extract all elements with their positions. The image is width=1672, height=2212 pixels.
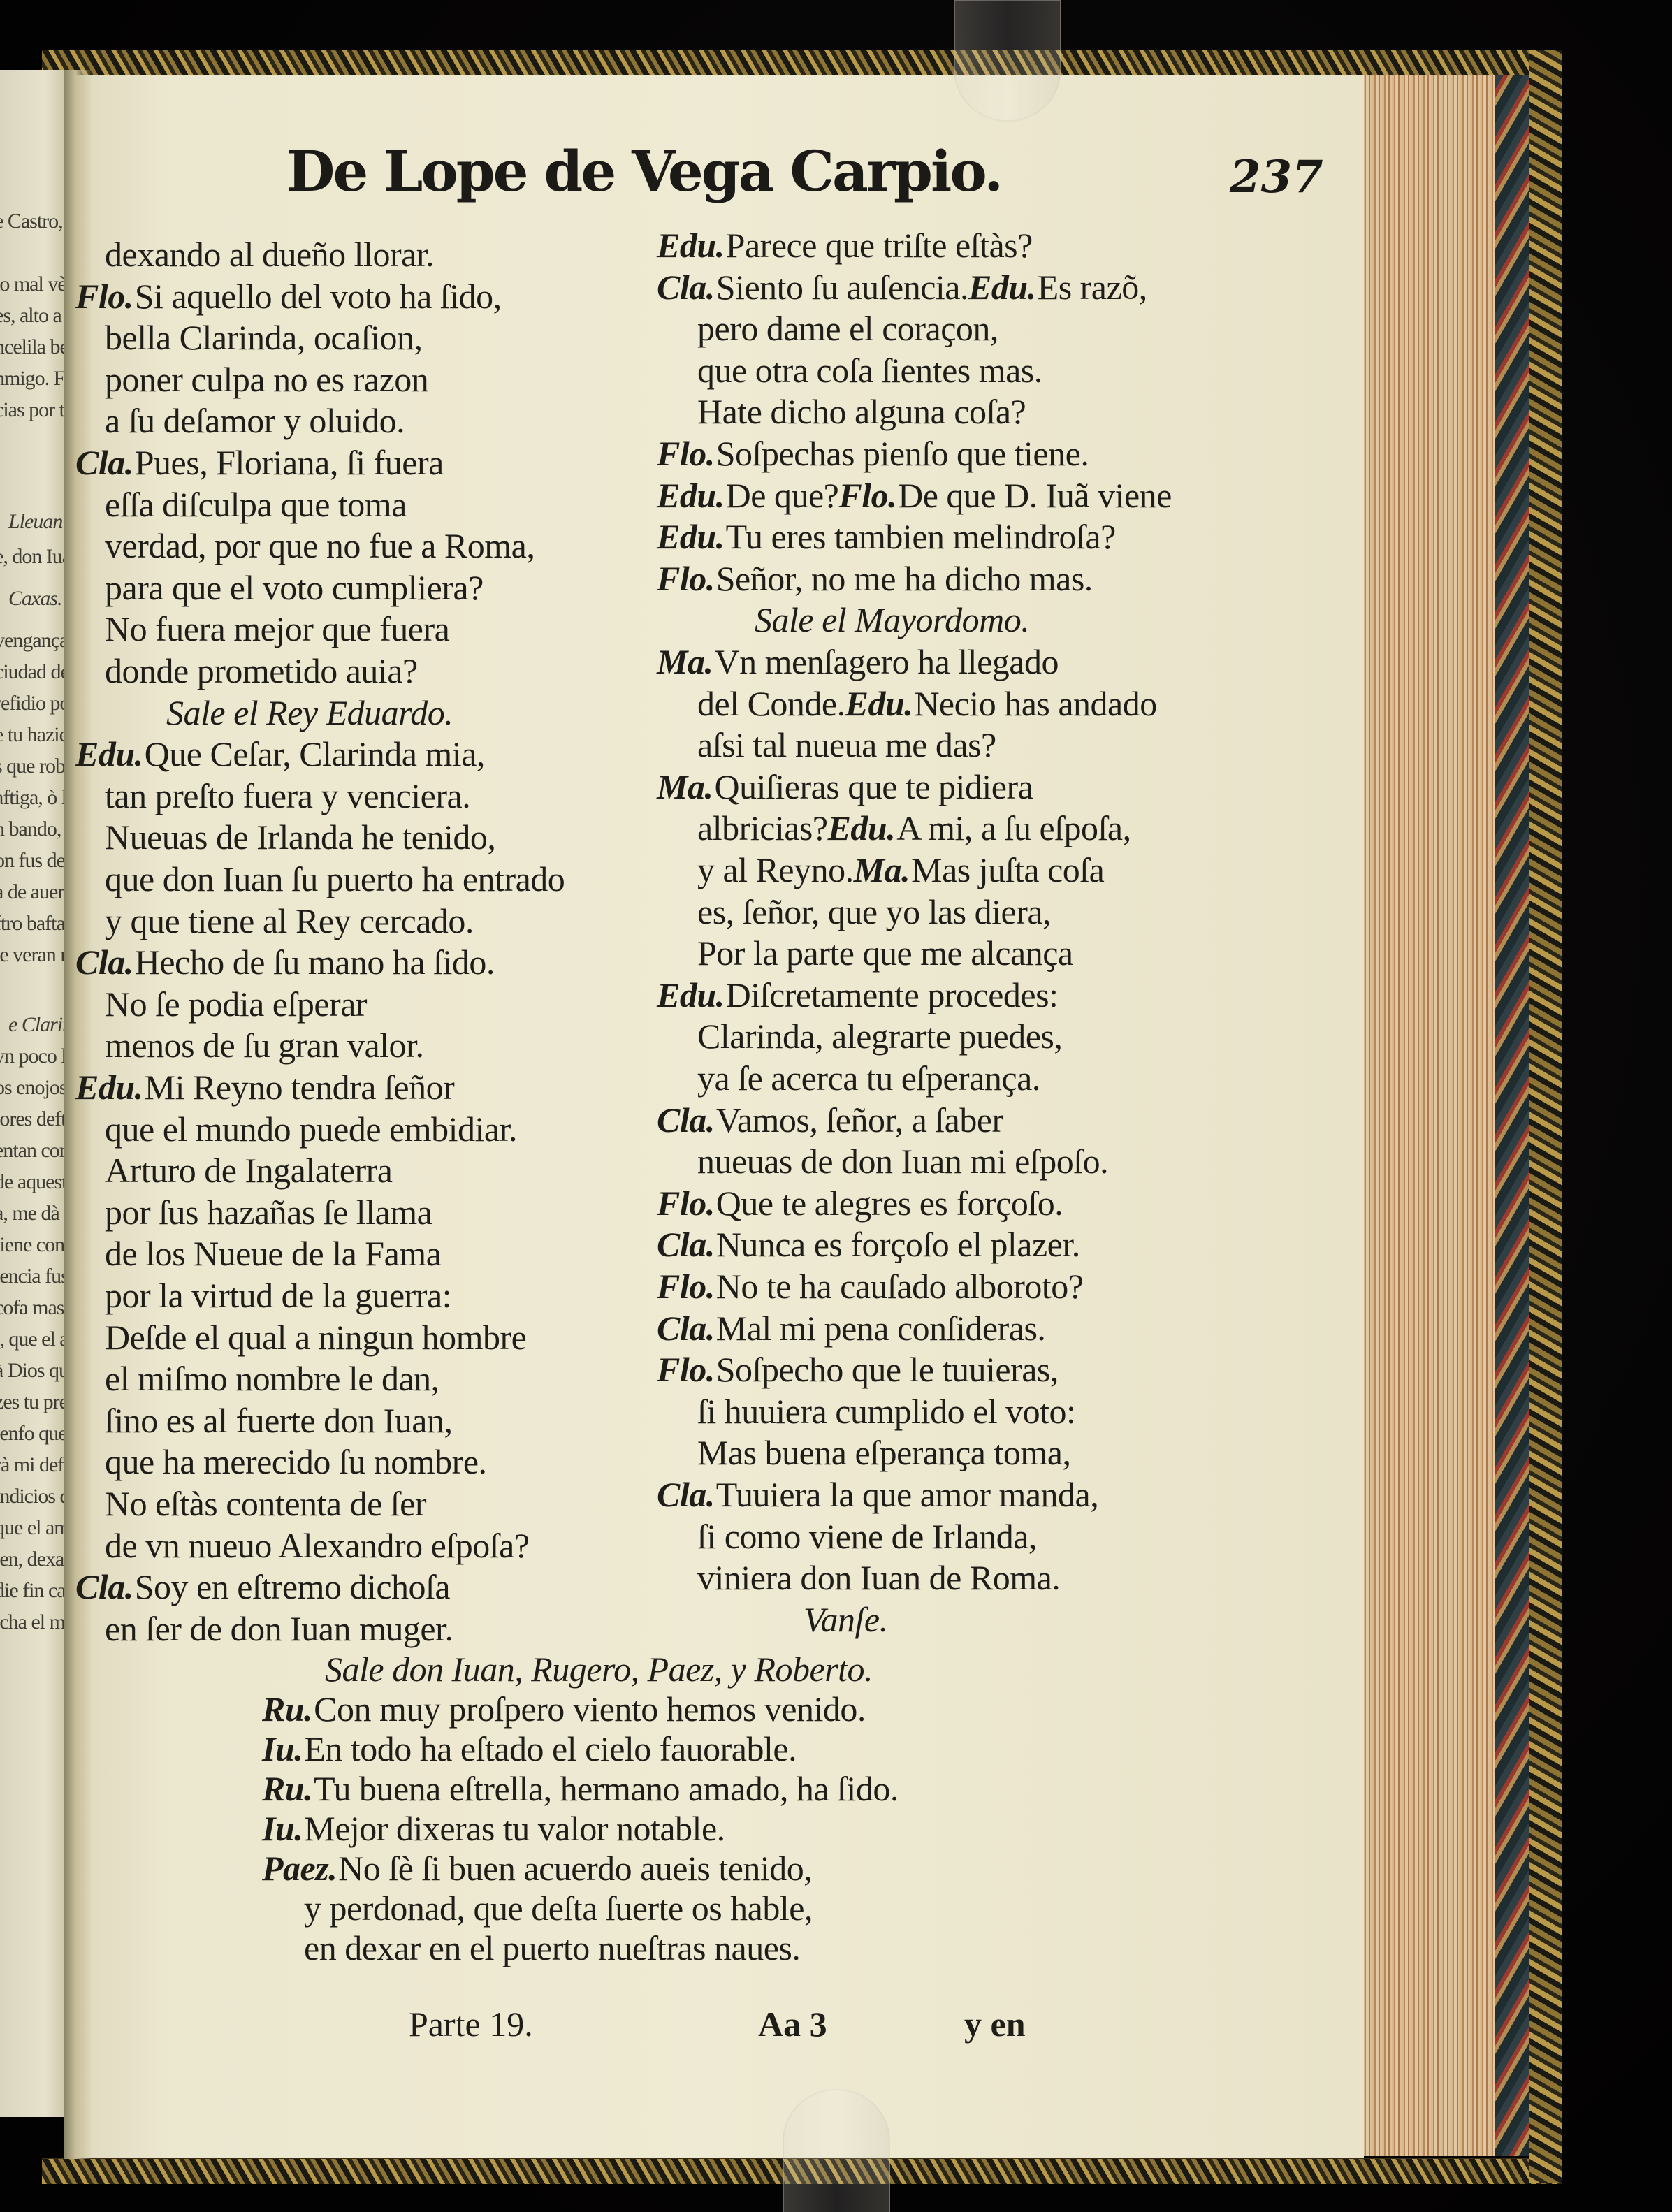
line-text: en ſer de don Iuan muger.	[105, 1609, 453, 1648]
line-text: poner culpa no es razon	[105, 360, 428, 399]
speaker-label: Paez.	[262, 1849, 337, 1888]
line-text: que don Iuan ſu puerto ha entrado	[105, 859, 565, 898]
line-text: ſino es al fuerte don Iuan,	[105, 1401, 452, 1440]
verse-line: donde prometido auia?	[105, 650, 418, 691]
speaker-label: Flo.	[75, 277, 133, 316]
verse-line: que ha merecido ſu nombre.	[105, 1441, 487, 1482]
line-text: por la virtud de la guerra:	[105, 1276, 451, 1315]
line-text: que otra coſa ſientes mas.	[697, 351, 1042, 390]
verse-line: verdad, por que no fue a Roma,	[105, 525, 535, 566]
verse-line: Arturo de Ingalaterra	[105, 1150, 393, 1191]
speaker-label: Flo.	[838, 476, 896, 515]
speaker-label: Flo.	[657, 1184, 715, 1223]
verse-line: Edu.Que Ceſar, Clarinda mia,	[75, 734, 485, 774]
verse-line: nueuas de don Iuan mi eſpoſo.	[697, 1141, 1108, 1181]
verse-line: Deſde el qual a ningun hombre	[105, 1317, 526, 1358]
verse-line: Cla.Tuuiera la que amor manda,	[657, 1474, 1098, 1515]
verse-line: tan preſto fuera y venciera.	[105, 776, 470, 816]
speaker-label: Edu.	[657, 476, 725, 515]
verse-line: Ma.Vn menſagero ha llegado	[657, 641, 1059, 682]
line-text: menos de ſu gran valor.	[105, 1026, 423, 1065]
line-text: es, ſeñor, que yo las diera,	[697, 892, 1051, 931]
verso-text-fragment: e Castro,	[0, 210, 63, 233]
verso-text-fragment: ncelila bella,	[0, 335, 67, 359]
stage-direction: Sale el Rey Eduardo.	[166, 692, 453, 733]
verso-text-fragment: que el amor me	[0, 1516, 67, 1540]
line-text: Nueuas de Irlanda he tenido,	[105, 817, 495, 857]
verse-line: Flo.Soſpechas pienſo que tiene.	[657, 433, 1089, 474]
verso-text-fragment: entan con fu be	[0, 1139, 67, 1163]
verse-line: del Conde.Edu.Necio has andado	[697, 683, 1157, 724]
line-text: Deſde el qual a ningun hombre	[105, 1318, 526, 1357]
line-text: Mi Reyno tendra ſeñor	[145, 1068, 455, 1107]
verso-text-fragment: refidio podra	[0, 692, 67, 715]
verse-line: Cla.Nunca es forҫoſo el plazer.	[657, 1224, 1080, 1265]
line-text: Clarinda, alegrarte puedes,	[697, 1017, 1062, 1056]
verse-line: bella Clarinda, ocaſion,	[105, 317, 423, 358]
line-text: verdad, por que no fue a Roma,	[105, 526, 535, 565]
line-text: Por la parte que me alcanҫa	[697, 933, 1073, 973]
gilt-binding-top	[42, 50, 1562, 77]
line-text: ya ſe acerca tu eſperanҫa.	[697, 1058, 1040, 1098]
line-text: albricias?	[697, 808, 828, 847]
verse-line: Mas buena eſperanҫa toma,	[697, 1432, 1070, 1473]
line-text: Tu buena eſtrella, hermano amado, ha ſid…	[314, 1769, 899, 1808]
verso-page-fragment: e Castro,to mal vèn mises, alto a embanc…	[0, 70, 67, 2117]
line-text: Que Ceſar, Clarinda mia,	[145, 734, 485, 773]
line-text: No ſè ſi buen acuerdo aueis tenido,	[338, 1849, 812, 1888]
verso-text-fragment: vn poco la tri	[0, 1045, 67, 1068]
line-text: Mas buena eſperanҫa toma,	[697, 1433, 1070, 1472]
verso-text-fragment: i, que el alegri	[0, 1327, 67, 1351]
line-text: A mi, a ſu eſpoſa,	[896, 808, 1131, 847]
speaker-label: Cla.	[657, 268, 715, 307]
verse-line: No eſtàs contenta de ſer	[105, 1483, 426, 1524]
verso-text-fragment: ienfo que aunq	[0, 1422, 67, 1446]
verse-line: Cla.Soy en eſtremo dichoſa	[75, 1566, 450, 1607]
verse-line: para que el voto cumpliera?	[105, 567, 484, 608]
stage-direction: Vanſe.	[804, 1599, 888, 1640]
verse-line: por ſus hazañas ſe llama	[105, 1192, 432, 1232]
verse-line: en ſer de don Iuan muger.	[105, 1608, 453, 1649]
line-text: aſsi tal nueua me das?	[697, 725, 996, 764]
speaker-label: Flo.	[657, 559, 715, 598]
verso-text-fragment: s que roben ma	[0, 755, 67, 778]
line-text: del Conde.	[697, 684, 845, 723]
line-text: Parece que triſte eſtàs?	[726, 226, 1033, 265]
line-text: No te ha cauſado alboroto?	[716, 1267, 1084, 1306]
line-text: Necio has andado	[914, 684, 1156, 723]
verse-line: albricias?Edu.A mi, a ſu eſpoſa,	[697, 808, 1131, 848]
verse-line: Iu.Mejor dixeras tu valor notable.	[262, 1808, 725, 1849]
verso-text-fragment: Caxas.	[8, 587, 62, 611]
line-text: y que tiene al Rey cercado.	[105, 901, 474, 940]
line-text: No fuera mejor que fuera	[105, 609, 449, 648]
line-text: Siento ſu auſencia.	[716, 268, 968, 307]
verso-text-fragment: die fin caufa llo	[0, 1579, 67, 1603]
verse-line: el miſmo nombre le dan,	[105, 1358, 439, 1399]
line-text: eſſa diſculpa que toma	[105, 485, 407, 524]
line-text: Soy en eſtremo dichoſa	[135, 1567, 450, 1606]
line-text: Soſpecho que le tuuieras,	[716, 1350, 1059, 1389]
line-text: que ha merecido ſu nombre.	[105, 1442, 487, 1481]
verse-line: Edu.Diſcretamente procedes:	[657, 975, 1058, 1015]
verso-text-fragment: aftiga, ò los pr	[0, 786, 67, 810]
line-text: Con muy proſpero viento hemos venido.	[314, 1689, 866, 1729]
line-text: Vanſe.	[804, 1600, 888, 1639]
line-text: por ſus hazañas ſe llama	[105, 1193, 432, 1232]
verse-line: ſi huuiera cumplido el voto:	[697, 1391, 1075, 1432]
catchword: y en	[964, 2004, 1026, 2044]
speaker-label: Edu.	[845, 684, 913, 723]
verse-line: aſsi tal nueua me das?	[697, 725, 996, 765]
line-text: Vn menſagero ha llegado	[714, 642, 1058, 681]
verse-line: eſſa diſculpa que toma	[105, 484, 407, 525]
verse-line: ſi como viene de Irlanda,	[697, 1516, 1037, 1557]
verse-line: a ſu deſamor y oluido.	[105, 400, 405, 441]
line-text: de los Nueue de la Fama	[105, 1234, 441, 1273]
line-text: ſi como viene de Irlanda,	[697, 1517, 1037, 1556]
verse-line: por la virtud de la guerra:	[105, 1275, 451, 1316]
line-text: Mal mi pena conſideras.	[716, 1309, 1046, 1348]
speaker-label: Ma.	[854, 850, 910, 889]
verse-line: Cla.Mal mi pena conſideras.	[657, 1308, 1045, 1348]
verso-text-fragment: nmigo. Fru. A	[0, 367, 67, 391]
verse-line: Flo.Señor, no me ha dicho mas.	[657, 558, 1093, 599]
line-text: Quiſieras que te pidiera	[714, 767, 1033, 806]
speaker-label: Edu.	[75, 734, 143, 773]
line-text: Que te alegres es forҫoſo.	[716, 1184, 1063, 1223]
speaker-label: Ma.	[657, 642, 713, 681]
speaker-label: Iu.	[262, 1729, 303, 1768]
speaker-label: Cla.	[657, 1475, 715, 1514]
speaker-label: Ru.	[262, 1689, 312, 1729]
verse-line: y perdonad, que deſta ſuerte os hable,	[304, 1888, 813, 1928]
line-text: Sale el Mayordomo.	[755, 600, 1029, 639]
verse-line: Hate dicho alguna coſa?	[697, 391, 1026, 432]
speaker-label: Edu.	[657, 517, 725, 556]
verse-line: que el mundo puede embidiar.	[105, 1109, 517, 1149]
verse-line: Edu.De que?Flo.De que D. Iuã viene	[657, 475, 1172, 516]
line-text: y al Reyno.	[697, 850, 854, 889]
page-fore-edge	[1362, 75, 1497, 2156]
verso-text-fragment: os enojos fin.	[0, 1076, 67, 1100]
line-text: Es razõ,	[1038, 268, 1147, 307]
line-text: Tuuiera la que amor manda,	[716, 1475, 1099, 1514]
page-holder-clip-top	[954, 0, 1061, 122]
verse-line: Flo.Si aquello del voto ha ſido,	[75, 276, 502, 316]
verse-line: Cla.Vamos, ſeñor, a ſaber	[657, 1100, 1003, 1140]
verse-line: Flo.No te ha cauſado alboroto?	[657, 1266, 1083, 1307]
line-text: Arturo de Ingalaterra	[105, 1151, 393, 1190]
verse-line: Clarinda, alegrarte puedes,	[697, 1016, 1062, 1056]
line-text: No ſe podia eſperar	[105, 984, 367, 1024]
volume-note: Parte 19.	[409, 2004, 533, 2044]
line-text: nueuas de don Iuan mi eſpoſo.	[697, 1142, 1108, 1181]
verse-line: Ru.Tu buena eſtrella, hermano amado, ha …	[262, 1768, 899, 1809]
verse-line: dexando al dueño llorar.	[105, 234, 434, 275]
verse-line: Cla.Pues, Floriana, ſi fuera	[75, 442, 444, 483]
page-holder-clip-bottom	[783, 2089, 890, 2212]
verse-line: pero dame el coraҫon,	[697, 308, 998, 349]
line-text: ſi huuiera cumplido el voto:	[697, 1392, 1075, 1431]
verse-line: Cla.Hecho de ſu mano ha ſido.	[75, 942, 495, 982]
verse-line: Iu.En todo ha eſtado el cielo fauorable.	[262, 1729, 797, 1769]
line-text: pero dame el coraҫon,	[697, 309, 998, 348]
verso-text-fragment: e tu haziend	[0, 723, 67, 747]
verso-text-fragment: à Dios que lle	[0, 1359, 67, 1383]
gutter-shadow	[64, 70, 92, 2159]
verso-text-fragment: rà mi defeo,	[0, 1453, 67, 1477]
verso-text-fragment: de aquestas	[0, 1170, 67, 1194]
verse-line: Paez.No ſè ſi buen acuerdo aueis tenido,	[262, 1848, 812, 1889]
line-text: que el mundo puede embidiar.	[105, 1109, 517, 1149]
verse-line: de vn nueuo Alexandro eſpoſa?	[105, 1525, 530, 1566]
line-text: a ſu deſamor y oluido.	[105, 401, 405, 440]
line-text: Diſcretamente procedes:	[726, 975, 1059, 1014]
line-text: dexando al dueño llorar.	[105, 235, 434, 274]
line-text: viniera don Iuan de Roma.	[697, 1558, 1060, 1597]
verso-text-fragment: es, alto a emba	[0, 304, 67, 328]
verso-text-fragment: n bando, mu	[0, 817, 67, 841]
verso-text-fragment: ien, dexame eft	[0, 1548, 67, 1571]
verso-text-fragment: ftro bafta I. A	[0, 912, 67, 936]
speaker-label: Cla.	[657, 1100, 715, 1140]
verse-line: es, ſeñor, que yo las diera,	[697, 892, 1051, 932]
verse-line: Por la parte que me alcanҫa	[697, 933, 1073, 973]
verso-text-fragment: venganҫa en	[0, 629, 67, 653]
verse-line: que don Iuan ſu puerto ha entrado	[105, 859, 565, 899]
line-text: Hate dicho alguna coſa?	[697, 392, 1026, 431]
line-text: de vn nueuo Alexandro eſpoſa?	[105, 1526, 530, 1565]
running-head: De Lope de Vega Carpio.	[286, 138, 1001, 204]
verse-line: No ſe podia eſperar	[105, 984, 367, 1024]
line-text: Sale el Rey Eduardo.	[166, 693, 453, 732]
verso-text-fragment: on fus defpo	[0, 849, 67, 873]
signature-mark: Aa 3	[758, 2004, 827, 2044]
verse-line: Edu.Mi Reyno tendra ſeñor	[75, 1067, 454, 1107]
speaker-label: Ma.	[657, 767, 713, 806]
speaker-label: Cla.	[657, 1309, 715, 1348]
page-number: 237	[1230, 151, 1323, 203]
verse-line: Edu.Tu eres tambien melindroſa?	[657, 516, 1116, 557]
line-text: De que D. Iuã viene	[898, 476, 1172, 515]
speaker-label: Edu.	[657, 975, 725, 1014]
speaker-label: Cla.	[75, 443, 133, 482]
speaker-label: Edu.	[968, 268, 1036, 307]
verso-text-fragment: cias por tal ve	[0, 398, 67, 422]
line-text: En todo ha eſtado el cielo fauorable.	[304, 1729, 797, 1768]
line-text: Pues, Floriana, ſi fuera	[135, 443, 444, 482]
line-text: en dexar en el puerto nueſtras naues.	[304, 1928, 800, 1967]
line-text: De que?	[726, 476, 839, 515]
speaker-label: Cla.	[75, 1567, 133, 1606]
verso-text-fragment: icha el mal mej	[0, 1610, 67, 1634]
verso-text-fragment: indicios que veo	[0, 1485, 67, 1508]
line-text: para que el voto cumpliera?	[105, 568, 484, 607]
verse-line: en dexar en el puerto nueſtras naues.	[304, 1928, 800, 1968]
verso-text-fragment: to mal vèn mis	[0, 272, 67, 296]
verse-line: poner culpa no es razon	[105, 359, 428, 400]
verse-line: No fuera mejor que fuera	[105, 609, 449, 649]
verso-text-fragment: cofa mas efcuf	[0, 1296, 67, 1320]
verso-text-fragment: tencia fus com	[0, 1265, 67, 1288]
line-text: No eſtàs contenta de ſer	[105, 1484, 426, 1523]
verse-line: Nueuas de Irlanda he tenido,	[105, 817, 495, 857]
verse-line: Flo.Que te alegres es forҫoſo.	[657, 1183, 1063, 1223]
verso-text-fragment: a, me dà enoj	[0, 1202, 67, 1225]
line-text: Señor, no me ha dicho mas.	[716, 559, 1093, 598]
line-text: Vamos, ſeñor, a ſaber	[716, 1100, 1003, 1140]
verso-text-fragment: a de auer que	[0, 880, 67, 904]
verse-line: y al Reyno.Ma.Mas juſta coſa	[697, 850, 1104, 890]
line-text: Soſpechas pienſo que tiene.	[716, 434, 1089, 473]
speaker-label: Edu.	[828, 808, 896, 847]
verso-text-fragment: te veran mis	[0, 943, 67, 967]
speaker-label: Edu.	[75, 1068, 143, 1107]
speaker-label: Edu.	[657, 226, 725, 265]
verse-line: Ma.Quiſieras que te pidiera	[657, 766, 1033, 807]
verso-text-fragment: Lleuanlos	[8, 510, 67, 534]
line-text: Hecho de ſu mano ha ſido.	[135, 943, 495, 982]
line-text: donde prometido auia?	[105, 651, 418, 690]
verse-line: ya ſe acerca tu eſperanҫa.	[697, 1058, 1040, 1098]
stage-direction: Sale el Mayordomo.	[755, 599, 1029, 640]
line-text: bella Clarinda, ocaſion,	[105, 318, 423, 357]
verse-line: ſino es al fuerte don Iuan,	[105, 1400, 452, 1441]
line-text: Sale don Iuan, Rugero, Paez, y Roberto.	[325, 1650, 873, 1689]
verse-line: Flo.Soſpecho que le tuuieras,	[657, 1349, 1059, 1390]
verso-text-fragment: tiene con mis	[0, 1233, 67, 1257]
verso-text-fragment: ciudad defend	[0, 660, 67, 684]
verse-line: y que tiene al Rey cercado.	[105, 901, 474, 941]
verse-line: que otra coſa ſientes mas.	[697, 350, 1042, 391]
verse-line: Cla.Siento ſu auſencia.Edu.Es razõ,	[657, 267, 1147, 307]
speaker-label: Flo.	[657, 1267, 715, 1306]
speaker-label: Ru.	[262, 1769, 312, 1808]
speaker-label: Flo.	[657, 1350, 715, 1389]
line-text: el miſmo nombre le dan,	[105, 1359, 439, 1398]
line-text: Nunca es forҫoſo el plazer.	[716, 1225, 1080, 1264]
verse-line: viniera don Iuan de Roma.	[697, 1557, 1060, 1598]
speaker-label: Iu.	[262, 1809, 303, 1848]
line-text: Tu eres tambien melindroſa?	[726, 517, 1116, 556]
verso-text-fragment: e Clarinda y F	[8, 1013, 67, 1037]
speaker-label: Flo.	[657, 434, 715, 473]
speaker-label: Cla.	[657, 1225, 715, 1264]
verso-text-fragment: zes tu prenda	[0, 1390, 67, 1414]
line-text: y perdonad, que deſta ſuerte os hable,	[304, 1889, 813, 1928]
line-text: Mas juſta coſa	[911, 850, 1104, 889]
marbled-endpaper	[1495, 75, 1529, 2156]
stage-direction: Sale don Iuan, Rugero, Paez, y Roberto.	[325, 1649, 873, 1689]
line-text: Mejor dixeras tu valor notable.	[304, 1809, 725, 1848]
verse-line: Ru.Con muy proſpero viento hemos venido.	[262, 1689, 866, 1729]
verse-line: menos de ſu gran valor.	[105, 1025, 423, 1065]
verso-text-fragment: lores defte jard	[0, 1107, 67, 1131]
line-text: tan preſto fuera y venciera.	[105, 776, 470, 815]
verse-line: de los Nueue de la Fama	[105, 1233, 441, 1274]
verse-line: Edu.Parece que triſte eſtàs?	[657, 225, 1033, 265]
verso-text-fragment: e, don Iuan, po	[0, 545, 67, 569]
gilt-binding-right	[1529, 50, 1562, 2183]
line-text: Si aquello del voto ha ſido,	[135, 277, 502, 316]
speaker-label: Cla.	[75, 943, 133, 982]
